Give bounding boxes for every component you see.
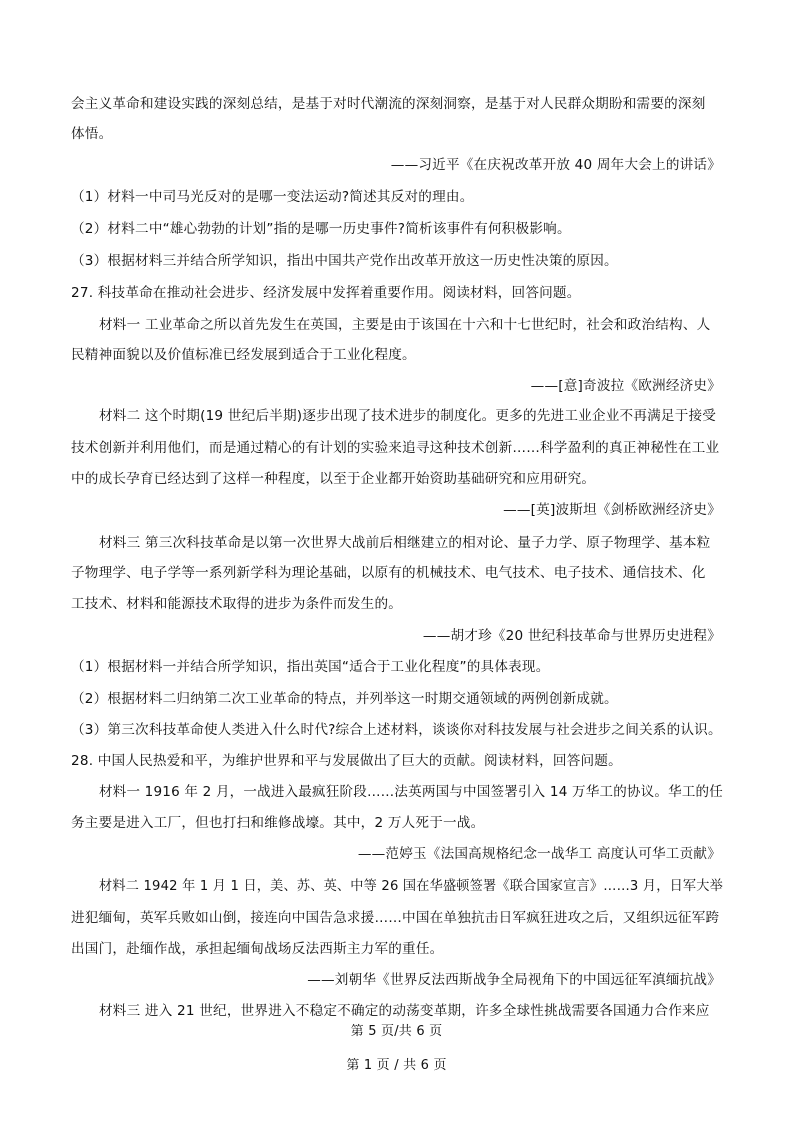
citation-source: ——[意]奇波拉《欧洲经济史》 bbox=[531, 377, 721, 395]
inner-page-number: 第 5 页/共 6 页 bbox=[0, 1023, 793, 1041]
material-line: 工技术、材料和能源技术取得的进步为条件而发生的。 bbox=[71, 595, 723, 613]
material-line: 子物理学、电子学等一系列新学科为理论基础，以原有的机械技术、电气技术、电子技术、… bbox=[71, 564, 723, 582]
citation-source: ——范婷玉《法国高规格纪念一战华工 高度认可华工贡献》 bbox=[358, 845, 721, 863]
material-line: 材料一 1916 年 2 月，一战进入最疯狂阶段……法英两国与中国签署引入 14… bbox=[99, 783, 720, 801]
material-line: 材料一 工业革命之所以首先发生在英国，主要是由于该国在十六和十七世纪时，社会和政… bbox=[99, 316, 723, 334]
subquestion-27-3: （3）第三次科技革命使人类进入什么时代?综合上述材料，谈谈你对科技发展与社会进步… bbox=[71, 721, 723, 739]
paragraph-line: 体悟。 bbox=[71, 125, 723, 143]
citation-source: ——刘朝华《世界反法西斯战争全局视角下的中国远征军滇缅抗战》 bbox=[307, 971, 721, 989]
material-line: 材料二 这个时期(19 世纪后半期)逐步出现了技术进步的制度化。更多的先进工业企… bbox=[99, 407, 723, 425]
subquestion-27-2: （2）根据材料二归纳第二次工业革命的特点，并列举这一时期交通领域的两例创新成就。 bbox=[71, 690, 723, 708]
material-line: 材料三 进入 21 世纪，世界进入不稳定不确定的动荡变革期，许多全球性挑战需要各… bbox=[99, 1002, 723, 1020]
material-line: 材料三 第三次科技革命是以第一次世界大战前后相继建立的相对论、量子力学、原子物理… bbox=[99, 534, 723, 552]
paragraph-line: 会主义革命和建设实践的深刻总结，是基于对时代潮流的深刻洞察，是基于对人民群众期盼… bbox=[71, 95, 723, 113]
subquestion-26-1: （1）材料一中司马光反对的是哪一变法运动?简述其反对的理由。 bbox=[71, 188, 723, 206]
material-line: 务主要是进入工厂，但也打扫和维修战壕。其中，2 万人死于一战。 bbox=[71, 814, 723, 832]
document-page: 会主义革命和建设实践的深刻总结，是基于对时代潮流的深刻洞察，是基于对人民群众期盼… bbox=[0, 0, 793, 1122]
citation-source: ——[英]波斯坦《剑桥欧洲经济史》 bbox=[503, 501, 721, 519]
subquestion-26-3: （3）根据材料三并结合所学知识，指出中国共产党作出改革开放这一历史性决策的原因。 bbox=[71, 252, 723, 270]
citation-source: ——胡才珍《20 世纪科技革命与世界历史进程》 bbox=[423, 627, 721, 645]
citation-source: ——习近平《在庆祝改革开放 40 周年大会上的讲话》 bbox=[391, 156, 721, 174]
question-28-stem: 28. 中国人民热爱和平，为维护世界和平与发展做出了巨大的贡献。阅读材料，回答问… bbox=[71, 752, 723, 770]
material-line: 出国门，赴缅作战，承担起缅甸战场反法西斯主力军的重任。 bbox=[71, 940, 723, 958]
material-line: 中的成长孕育已经达到了这样一种程度，以至于企业都开始资助基础研究和应用研究。 bbox=[71, 470, 723, 488]
material-line: 材料二 1942 年 1 月 1 日，美、苏、英、中等 26 国在华盛顿签署《联… bbox=[99, 877, 703, 895]
material-line: 技术创新并利用他们，而是通过精心的有计划的实验来追寻这种技术创新……科学盈利的真… bbox=[71, 439, 723, 457]
page-number: 第 1 页 / 共 6 页 bbox=[0, 1057, 793, 1075]
question-27-stem: 27. 科技革命在推动社会进步、经济发展中发挥着重要作用。阅读材料，回答问题。 bbox=[71, 284, 723, 302]
material-line: 进犯缅甸，英军兵败如山倒，接连向中国告急求援……中国在单独抗击日军疯狂进攻之后，… bbox=[71, 909, 723, 927]
subquestion-27-1: （1）根据材料一并结合所学知识，指出英国“适合于工业化程度”的具体表现。 bbox=[71, 658, 723, 676]
subquestion-26-2: （2）材料二中“雄心勃勃的计划”指的是哪一历史事件?简析该事件有何积极影响。 bbox=[71, 220, 723, 238]
material-line: 民精神面貌以及价值标准已经发展到适合于工业化程度。 bbox=[71, 346, 723, 364]
